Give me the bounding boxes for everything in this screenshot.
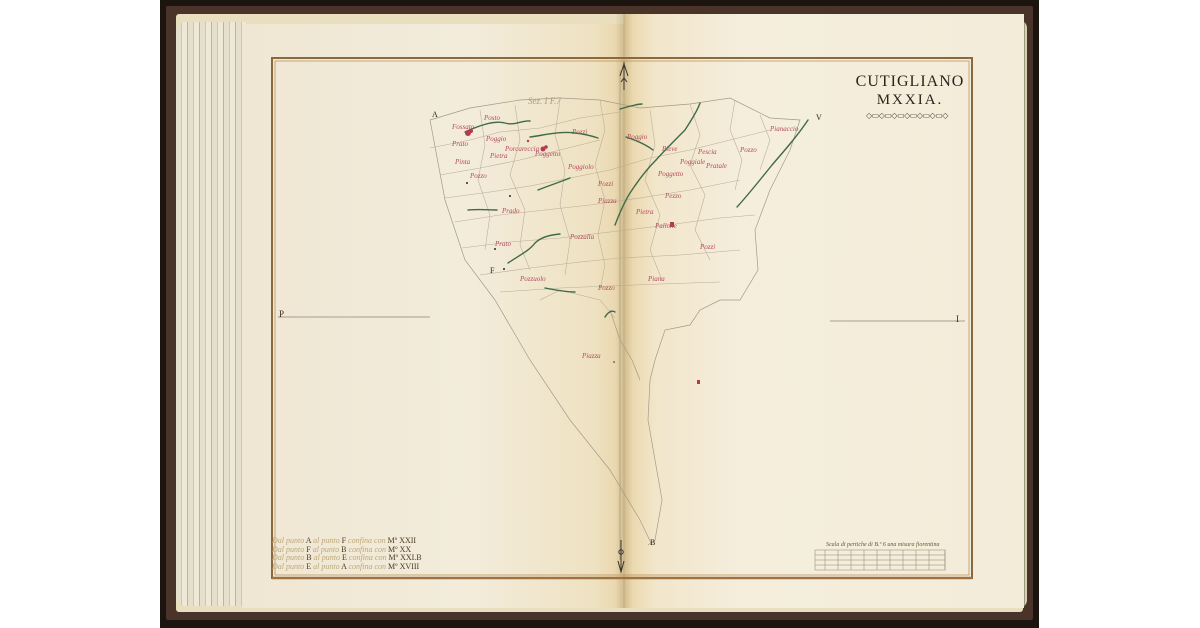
- scale-bar: [815, 550, 945, 570]
- parcel-label: Prado: [502, 207, 520, 215]
- parcel-label: Pieve: [662, 145, 678, 153]
- territory-boundary: [430, 98, 800, 545]
- parcel-label: Pinta: [455, 158, 470, 166]
- parcel-label: Piazza: [582, 352, 601, 360]
- parcel-label: Pescia: [698, 148, 717, 156]
- parcel-label: Posto: [484, 114, 500, 122]
- map-title-name: CUTIGLIANO: [845, 72, 975, 91]
- parcel-label: Prato: [495, 240, 511, 248]
- legend-row: Dal punto E al punto A confina con Mº XV…: [272, 563, 422, 572]
- south-arrow-icon: [618, 540, 624, 572]
- title-ornament: ◇▭◇▭◇▭◇▭◇▭◇▭◇: [866, 111, 948, 120]
- parcel-label: Poggiolo: [568, 163, 594, 171]
- parcel-label: Pozzo: [470, 172, 487, 180]
- pencil-annotation: Sez. I F.7: [528, 96, 561, 106]
- parcel-label: Pallone: [655, 222, 677, 230]
- parcel-label: Pianaccio: [770, 125, 798, 133]
- parcel-label: Pozzo: [598, 284, 615, 292]
- map-title: CUTIGLIANO MXXIA.: [845, 72, 975, 110]
- parcel-label: Pozzuolo: [520, 275, 546, 283]
- parcel-label: Pozzalla: [570, 233, 594, 241]
- map-drawing: [0, 0, 1200, 628]
- point-label-i: I: [956, 314, 959, 324]
- point-label-b: B: [650, 538, 655, 547]
- boundary-legend: Dal punto A al punto F confina con Mº XX…: [272, 537, 422, 571]
- parcel-label: Fossato: [452, 123, 474, 131]
- parcel-label: Pozzo: [740, 146, 757, 154]
- reference-lines: [278, 70, 965, 560]
- parcel-label: Pietra: [490, 152, 508, 160]
- scale-title: Scala di pertiche di B.º 6 una misura fi…: [826, 542, 939, 548]
- point-label-v: V: [816, 113, 822, 122]
- parcel-label: Piana: [648, 275, 665, 283]
- map-sheet-number: MXXIA.: [845, 91, 975, 110]
- parcel-label: Pezzo: [665, 192, 681, 200]
- parcel-label: Poggiale: [680, 158, 705, 166]
- parcel-label: Pratale: [706, 162, 727, 170]
- north-arrow-icon: [620, 62, 628, 90]
- parcel-label: Pozzi: [700, 243, 715, 251]
- parcel-label: Poggio: [627, 133, 647, 141]
- parcel-label: Piazza: [598, 197, 617, 205]
- parcel-label: Pietra: [636, 208, 654, 216]
- parcel-label: Porcareccia: [505, 145, 539, 153]
- map-frame: [272, 58, 972, 578]
- point-label-a: A: [432, 110, 438, 119]
- point-label-f: F: [490, 266, 494, 275]
- parcel-label: Pozzi: [572, 128, 587, 136]
- point-label-p: P: [279, 309, 284, 319]
- parcel-label: Prato: [452, 140, 468, 148]
- parcel-label: Poggetto: [658, 170, 683, 178]
- parcel-label: Poggio: [486, 135, 506, 143]
- parcel-label: Poggetto: [535, 150, 560, 158]
- parcel-label: Pozzi: [598, 180, 613, 188]
